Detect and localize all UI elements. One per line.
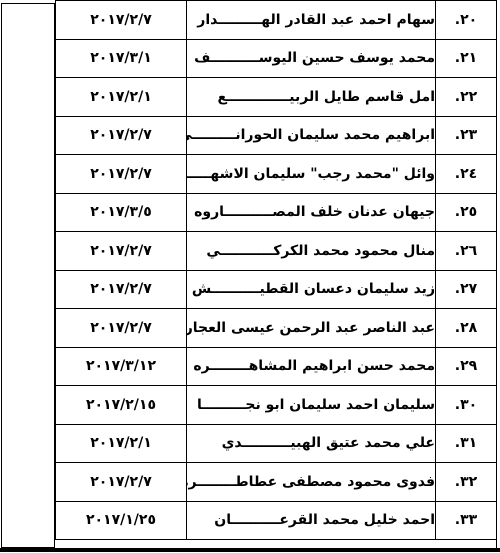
person-name-cell: سليمان احمد سليمان ابو نجـــــــــا xyxy=(187,386,436,425)
date-cell: ٢٠١٧/٣/١٢ xyxy=(56,347,187,386)
date-cell: ٢٠١٧/١/٢٥ xyxy=(56,501,187,540)
table-row: ٢٣. ابراهيم محمد سليمان الحورانـــــــــ… xyxy=(56,116,497,155)
date-cell: ٢٠١٧/٢/٧ xyxy=(56,232,187,271)
table-row: ٢٩. محمد حسن ابراهيم المشاهــــــــره ٢٠… xyxy=(56,347,497,386)
table-row: ٢٤. وائل "محمد رجب" سليمان الاشهـــــب ٢… xyxy=(56,155,497,194)
person-name-cell: وائل "محمد رجب" سليمان الاشهـــــب xyxy=(187,155,436,194)
date-cell: ٢٠١٧/٢/٧ xyxy=(56,309,187,348)
person-name-cell: علي محمد عتيق الهبيــــــــــدي xyxy=(187,424,436,463)
table-row: ٣٠. سليمان احمد سليمان ابو نجـــــــــا … xyxy=(56,386,497,425)
table-row: ٢٧. زيد سليمان دعسان القطيــــــــــش ٢٠… xyxy=(56,270,497,309)
roster-table: ٢٠. سهام احمد عبد القادر الهـــــــــدار… xyxy=(55,0,497,540)
table-row: ٢٢. امل قاسم طايل الربيـــــــــــــع ٢٠… xyxy=(56,78,497,117)
row-number-cell: ٢٨. xyxy=(436,309,497,348)
date-cell: ٢٠١٧/٢/٧ xyxy=(56,116,187,155)
date-cell: ٢٠١٧/٢/٧ xyxy=(56,1,187,40)
date-cell: ٢٠١٧/٢/٧ xyxy=(56,463,187,502)
roster-body: ٢٠. سهام احمد عبد القادر الهـــــــــدار… xyxy=(56,1,497,540)
empty-margin-cell xyxy=(1,3,55,548)
date-cell: ٢٠١٧/٢/٧ xyxy=(56,270,187,309)
row-number-cell: ٢٥. xyxy=(436,193,497,232)
person-name-cell: ابراهيم محمد سليمان الحورانـــــــــي xyxy=(187,116,436,155)
row-number-cell: ٣٠. xyxy=(436,386,497,425)
row-number-cell: ٢٦. xyxy=(436,232,497,271)
row-number-cell: ٢١. xyxy=(436,39,497,78)
row-number-cell: ٢٠. xyxy=(436,1,497,40)
date-cell: ٢٠١٧/٣/١ xyxy=(56,39,187,78)
table-row: ٢٦. منال محمود محمد الكركـــــــــــي ٢٠… xyxy=(56,232,497,271)
person-name-cell: جيهان عدنان خلف المصــــــــــاروه xyxy=(187,193,436,232)
row-number-cell: ٢٣. xyxy=(436,116,497,155)
row-number-cell: ٢٤. xyxy=(436,155,497,194)
person-name-cell: زيد سليمان دعسان القطيــــــــــش xyxy=(187,270,436,309)
table-row: ٢٠. سهام احمد عبد القادر الهـــــــــدار… xyxy=(56,1,497,40)
table-row: ٣٢. فدوى محمود مصطفى عطاطــــــــره ٢٠١٧… xyxy=(56,463,497,502)
person-name-cell: امل قاسم طايل الربيـــــــــــــع xyxy=(187,78,436,117)
row-number-cell: ٣٣. xyxy=(436,501,497,540)
person-name-cell: محمد حسن ابراهيم المشاهــــــــره xyxy=(187,347,436,386)
date-cell: ٢٠١٧/٣/٥ xyxy=(56,193,187,232)
person-name-cell: محمد يوسف حسين اليوســــــــــف xyxy=(187,39,436,78)
person-name-cell: احمد خليل محمد القرعــــــــــان xyxy=(187,501,436,540)
table-row: ٢٨. عبد الناصر عبد الرحمن عيسى العجارمـه… xyxy=(56,309,497,348)
table-row: ٢١. محمد يوسف حسين اليوســــــــــف ٢٠١٧… xyxy=(56,39,497,78)
date-cell: ٢٠١٧/٢/١ xyxy=(56,424,187,463)
bottom-thick-border xyxy=(0,548,500,552)
table-row: ٢٥. جيهان عدنان خلف المصــــــــــاروه ٢… xyxy=(56,193,497,232)
person-name-cell: سهام احمد عبد القادر الهـــــــــدار xyxy=(187,1,436,40)
date-cell: ٢٠١٧/٢/١٥ xyxy=(56,386,187,425)
table-row: ٣٣. احمد خليل محمد القرعــــــــــان ٢٠١… xyxy=(56,501,497,540)
table-row: ٣١. علي محمد عتيق الهبيــــــــــدي ٢٠١٧… xyxy=(56,424,497,463)
row-number-cell: ٣١. xyxy=(436,424,497,463)
row-number-cell: ٢٧. xyxy=(436,270,497,309)
row-number-cell: ٢٩. xyxy=(436,347,497,386)
date-cell: ٢٠١٧/٢/٧ xyxy=(56,155,187,194)
row-number-cell: ٢٢. xyxy=(436,78,497,117)
outer-right-border xyxy=(496,0,498,548)
row-number-cell: ٣٢. xyxy=(436,463,497,502)
document-page: ٢٠. سهام احمد عبد القادر الهـــــــــدار… xyxy=(0,0,500,553)
person-name-cell: فدوى محمود مصطفى عطاطــــــــره xyxy=(187,463,436,502)
person-name-cell: عبد الناصر عبد الرحمن عيسى العجارمـه xyxy=(187,309,436,348)
date-cell: ٢٠١٧/٢/١ xyxy=(56,78,187,117)
person-name-cell: منال محمود محمد الكركـــــــــــي xyxy=(187,232,436,271)
